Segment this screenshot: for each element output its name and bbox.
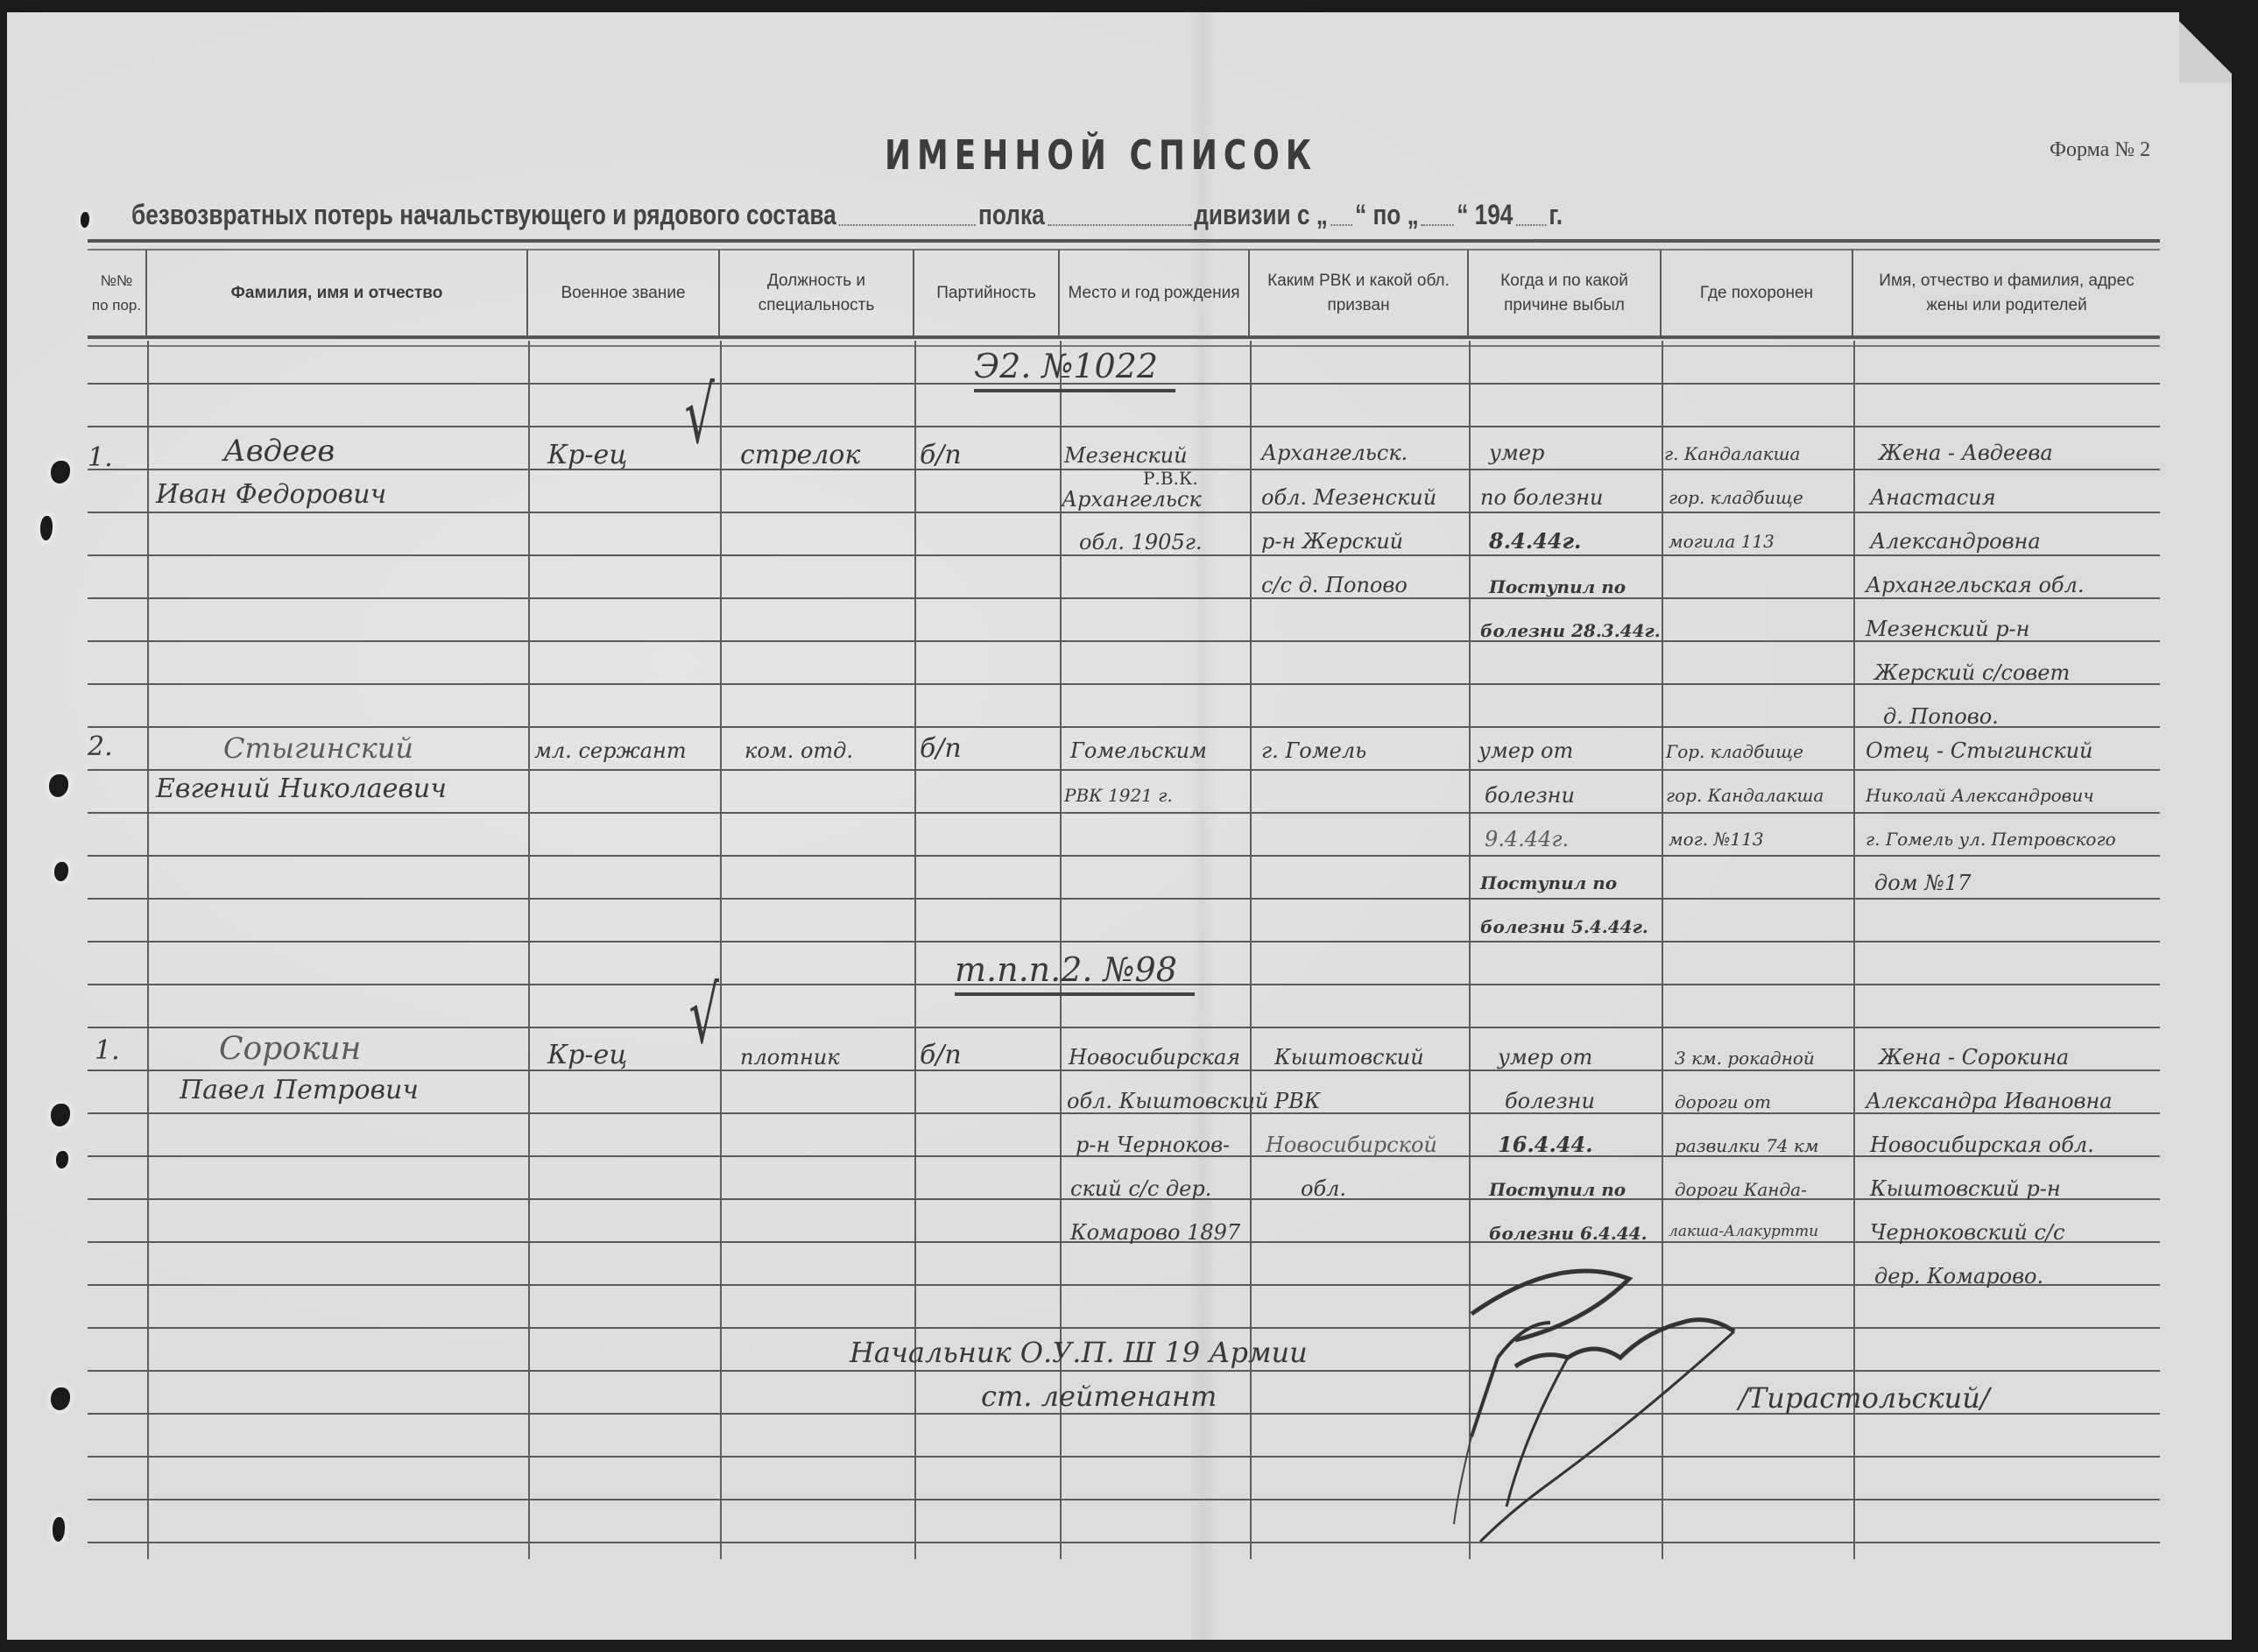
drafted-line: Кыштовский bbox=[1274, 1047, 1424, 1068]
cause-line: Поступил по bbox=[1480, 874, 1617, 892]
relatives-line: Жерский с/совет bbox=[1874, 662, 2070, 683]
relatives-line: Жена - Авдеева bbox=[1879, 442, 2053, 463]
position: плотник bbox=[740, 1047, 840, 1068]
checkmark-icon: √ bbox=[684, 377, 714, 455]
relatives-line: Анастасия bbox=[1870, 487, 1996, 508]
buried-line: Гор. кладбище bbox=[1666, 743, 1803, 760]
binder-hole bbox=[51, 1387, 70, 1410]
column-header: Военное звание bbox=[528, 250, 720, 337]
drafted-line: с/с д. Попово bbox=[1261, 575, 1408, 596]
binder-hole bbox=[51, 1104, 70, 1126]
subtitle-text: “ 194 bbox=[1457, 199, 1513, 231]
row-rule bbox=[88, 512, 2160, 513]
handwritten-signature-icon bbox=[1419, 1261, 1787, 1550]
row-rule bbox=[88, 898, 2160, 900]
relatives-line: Жена - Сорокина bbox=[1879, 1047, 2069, 1068]
relatives-line: Архангельская обл. bbox=[1866, 575, 2084, 596]
binder-hole bbox=[81, 212, 89, 228]
drafted-line: Новосибирской bbox=[1266, 1134, 1437, 1155]
subtitle-text: полка bbox=[978, 199, 1045, 231]
column-header: Должность и специальность bbox=[720, 250, 914, 337]
row-rule bbox=[88, 597, 2160, 599]
column-divider bbox=[720, 341, 722, 1559]
relatives-line: д. Попово. bbox=[1883, 706, 1999, 727]
subtitle-text: безвозвратных потерь начальствующего и р… bbox=[131, 199, 836, 231]
birth-line: Архангельск bbox=[1062, 489, 1202, 510]
given-names: Евгений Николаевич bbox=[156, 776, 447, 802]
cause-line: болезни bbox=[1505, 1091, 1595, 1112]
buried-line: гор. Кандалакша bbox=[1666, 787, 1824, 804]
row-rule bbox=[88, 426, 2160, 427]
row-rule bbox=[88, 769, 2160, 771]
row-rule bbox=[88, 640, 2160, 642]
birth-line: обл. 1905г. bbox=[1079, 532, 1202, 553]
row-rule bbox=[88, 1284, 2160, 1286]
birth-line: Новосибирская bbox=[1069, 1047, 1240, 1068]
given-names: Иван Федорович bbox=[156, 482, 386, 508]
row-rule bbox=[88, 726, 2160, 728]
column-header: Каким РВК и какой обл. призван bbox=[1250, 250, 1469, 337]
section-label: Э2. №1022 bbox=[974, 347, 1175, 392]
blank-field bbox=[1330, 217, 1352, 226]
drafted-line: обл. bbox=[1301, 1178, 1346, 1199]
party: б/п bbox=[920, 736, 962, 762]
subtitle-text: дивизии с „ bbox=[1194, 199, 1328, 231]
row-rule bbox=[88, 683, 2160, 685]
row-rule bbox=[88, 469, 2160, 470]
cause-line: болезни 28.3.44г. bbox=[1480, 622, 1661, 639]
buried-line: г. Кандалакша bbox=[1664, 445, 1800, 462]
column-header: Партийность bbox=[914, 250, 1060, 337]
surname: Стыгинский bbox=[223, 734, 413, 762]
binder-hole bbox=[56, 1151, 68, 1168]
row-rule bbox=[88, 1499, 2160, 1500]
relatives-line: Мезенский р-н bbox=[1866, 618, 2029, 639]
binder-hole bbox=[40, 516, 53, 540]
binder-hole bbox=[51, 461, 70, 484]
binder-hole bbox=[49, 774, 68, 797]
relatives-line: Александра Ивановна bbox=[1866, 1091, 2113, 1112]
buried-line: мог. №113 bbox=[1669, 830, 1764, 848]
column-header: Когда и по какой причине выбыл bbox=[1469, 250, 1662, 337]
cause-line: Поступил по bbox=[1489, 1181, 1626, 1198]
row-number: 1. bbox=[95, 1038, 120, 1064]
row-rule bbox=[88, 1542, 2160, 1543]
party: б/п bbox=[920, 442, 962, 469]
row-rule bbox=[88, 855, 2160, 857]
position: стрелок bbox=[740, 442, 860, 469]
signatory-rank: ст. лейтенант bbox=[981, 1382, 1217, 1410]
relatives-line: дом №17 bbox=[1874, 872, 1971, 893]
birth-line: Р.В.К. bbox=[1143, 469, 1198, 487]
drafted-line: р-н Жерский bbox=[1261, 531, 1403, 552]
buried-line: лакша-Алакуртти bbox=[1669, 1225, 1818, 1239]
given-names: Павел Петрович bbox=[180, 1077, 419, 1104]
row-number: 1. bbox=[88, 445, 113, 471]
relatives-line: Кыштовский р-н bbox=[1870, 1178, 2061, 1199]
cause-line: умер от bbox=[1498, 1047, 1592, 1068]
birth-line: обл. Кыштовский bbox=[1067, 1091, 1268, 1112]
buried-line: могила 113 bbox=[1669, 533, 1775, 550]
birth-line: ский с/с дер. bbox=[1070, 1178, 1211, 1199]
surname: Авдеев bbox=[223, 436, 335, 466]
cause-line: болезни bbox=[1485, 785, 1575, 806]
cause-line: 16.4.44. bbox=[1498, 1134, 1593, 1155]
cause-line: 9.4.44г. bbox=[1485, 829, 1569, 850]
row-rule bbox=[88, 941, 2160, 942]
binder-hole bbox=[53, 1517, 65, 1542]
section-label: т.п.п.2. №98 bbox=[955, 950, 1195, 996]
binder-hole bbox=[54, 862, 68, 881]
birth-line: РВК 1921 г. bbox=[1064, 787, 1173, 804]
blank-field bbox=[1048, 217, 1191, 226]
cause-line: умер bbox=[1489, 442, 1544, 463]
column-header: Фамилия, имя и отчество bbox=[147, 250, 528, 337]
cause-line: умер от bbox=[1478, 740, 1573, 761]
row-rule bbox=[88, 812, 2160, 814]
relatives-line: дер. Комарово. bbox=[1874, 1266, 2043, 1287]
column-divider bbox=[1853, 341, 1855, 1559]
row-number: 2. bbox=[88, 734, 113, 760]
birth-line: Комарово 1897 bbox=[1070, 1222, 1240, 1243]
cause-line: по болезни bbox=[1480, 487, 1603, 508]
column-divider bbox=[1250, 341, 1252, 1559]
column-header: Имя, отчество и фамилия, адрес жены или … bbox=[1853, 250, 2160, 337]
drafted-line: обл. Мезенский bbox=[1261, 487, 1436, 508]
buried-line: развилки 74 км bbox=[1675, 1137, 1818, 1154]
cause-line: болезни 5.4.44г. bbox=[1480, 918, 1648, 935]
buried-line: дороги Канда- bbox=[1675, 1181, 1807, 1198]
rank: мл. сержант bbox=[534, 740, 687, 761]
folded-corner bbox=[2179, 12, 2232, 82]
position: ком. отд. bbox=[744, 740, 853, 761]
table-header: №№ по пор. Фамилия, имя и отчество Военн… bbox=[88, 250, 2160, 337]
column-header: Где похоронен bbox=[1662, 250, 1853, 337]
row-rule bbox=[88, 1027, 2160, 1028]
row-rule bbox=[88, 1456, 2160, 1458]
drafted-line: г. Гомель bbox=[1261, 740, 1366, 761]
blank-field bbox=[1516, 217, 1546, 226]
buried-line: 3 км. рокадной bbox=[1675, 1049, 1815, 1067]
column-header: №№ по пор. bbox=[88, 250, 147, 337]
blank-field bbox=[1422, 217, 1454, 226]
rank: Кр-ец bbox=[547, 442, 627, 469]
page-title: ИМЕННОЙ СПИСОК bbox=[885, 131, 1317, 179]
row-rule bbox=[88, 1327, 2160, 1329]
buried-line: дороги от bbox=[1675, 1093, 1771, 1111]
column-header: Место и год рождения bbox=[1060, 250, 1250, 337]
form-subtitle: безвозвратных потерь начальствующего и р… bbox=[131, 196, 1563, 231]
relatives-line: Александровна bbox=[1870, 531, 2041, 552]
row-rule bbox=[88, 1070, 2160, 1071]
relatives-line: Николай Александрович bbox=[1866, 787, 2094, 804]
birth-line: Гомельским bbox=[1070, 740, 1207, 761]
drafted-line: Архангельск. bbox=[1261, 442, 1408, 463]
birth-line: Мезенский bbox=[1064, 445, 1188, 466]
checkmark-icon: √ bbox=[688, 977, 718, 1055]
rank: Кр-ец bbox=[547, 1042, 627, 1069]
relatives-line: г. Гомель ул. Петровского bbox=[1866, 830, 2116, 848]
subtitle-text: “ по „ bbox=[1355, 199, 1419, 231]
blank-field bbox=[839, 217, 976, 226]
buried-line: гор. кладбище bbox=[1669, 489, 1803, 506]
cause-line: болезни 6.4.44. bbox=[1489, 1225, 1648, 1242]
row-rule bbox=[88, 554, 2160, 556]
form-number: Форма № 2 bbox=[2050, 138, 2150, 162]
column-divider bbox=[528, 341, 530, 1559]
party: б/п bbox=[920, 1042, 962, 1069]
row-rule bbox=[88, 1370, 2160, 1372]
cause-line: 8.4.44г. bbox=[1489, 531, 1581, 552]
relatives-line: Новосибирская обл. bbox=[1870, 1134, 2094, 1155]
subtitle-text: г. bbox=[1549, 199, 1563, 231]
column-divider bbox=[147, 341, 149, 1559]
birth-line: р-н Черноков- bbox=[1076, 1134, 1230, 1155]
drafted-line: РВК bbox=[1274, 1091, 1320, 1112]
relatives-line: Отец - Стыгинский bbox=[1866, 740, 2093, 761]
cause-line: Поступил по bbox=[1489, 578, 1626, 596]
surname: Сорокин bbox=[219, 1034, 361, 1065]
signatory-title: Начальник О.У.П. Ш 19 Армии bbox=[850, 1338, 1308, 1366]
column-divider bbox=[914, 341, 916, 1559]
relatives-line: Черноковский с/с bbox=[1870, 1222, 2064, 1243]
